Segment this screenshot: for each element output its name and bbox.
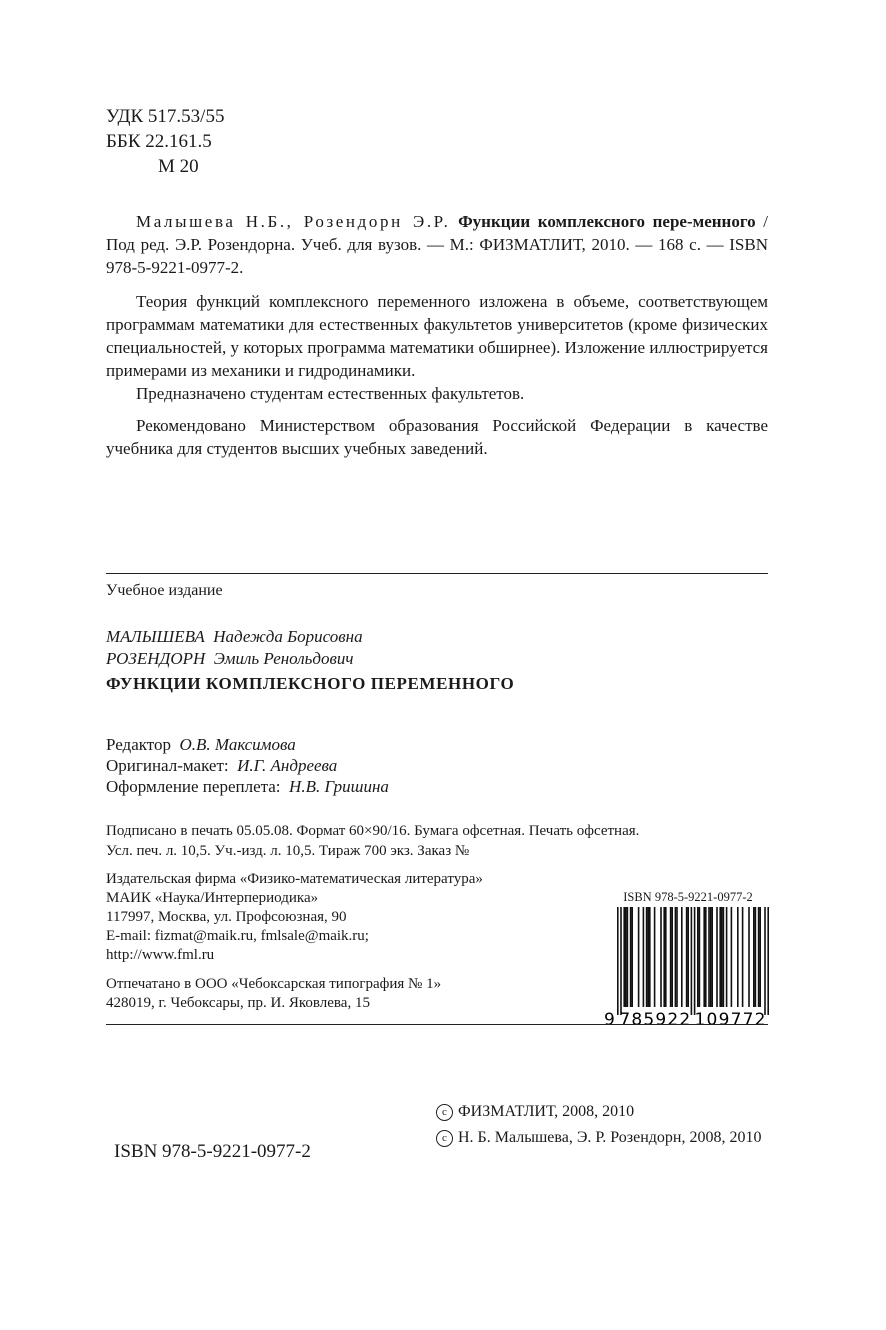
credit-name: Н.В. Гришина bbox=[289, 777, 389, 796]
biblio-title-part1: Функции комплексного пере- bbox=[458, 212, 693, 231]
divider-top bbox=[106, 573, 768, 574]
svg-text:785922: 785922 bbox=[619, 1010, 691, 1029]
abstract: Теория функций комплексного переменного … bbox=[106, 290, 768, 460]
footer-isbn: ISBN 978-5-9221-0977-2 bbox=[114, 1141, 311, 1163]
imprint-title: ФУНКЦИИ КОМПЛЕКСНОГО ПЕРЕМЕННОГО bbox=[106, 674, 514, 694]
svg-text:109772: 109772 bbox=[695, 1010, 767, 1029]
classification-block: УДК 517.53/55 ББК 22.161.5 М 20 bbox=[106, 104, 224, 179]
publisher-line: МАИК «Наука/Интерпериодика» bbox=[106, 889, 483, 908]
credit-layout: Оригинал-макет: И.Г. Андреева bbox=[106, 755, 389, 776]
author-1-surname: МАЛЫШЕВА bbox=[106, 627, 205, 646]
printer-block: Отпечатано в ООО «Чебоксарская типографи… bbox=[106, 975, 441, 1013]
author-2-name: Эмиль Ренольдович bbox=[214, 649, 354, 668]
biblio-authors: Малышева Н.Б., Розендорн Э.Р. bbox=[136, 212, 450, 231]
barcode-icon: 9785922109772 bbox=[605, 905, 771, 1029]
publisher-block: Издательская фирма «Физико-математическа… bbox=[106, 870, 483, 965]
bibliographic-description: Малышева Н.Б., Розендорн Э.Р. Функции ко… bbox=[106, 210, 768, 279]
copyright-icon: c bbox=[436, 1130, 453, 1147]
publisher-line: 117997, Москва, ул. Профсоюзная, 90 bbox=[106, 908, 483, 927]
copyright-icon: c bbox=[436, 1104, 453, 1121]
svg-text:9: 9 bbox=[605, 1010, 616, 1029]
credit-role: Оригинал-макет: bbox=[106, 756, 229, 775]
credits: Редактор О.В. Максимова Оригинал-макет: … bbox=[106, 734, 389, 797]
printer-line: Отпечатано в ООО «Чебоксарская типографи… bbox=[106, 975, 441, 994]
copyright-text: Н. Б. Малышева, Э. Р. Розендорн, 2008, 2… bbox=[458, 1129, 761, 1146]
print-line-1: Подписано в печать 05.05.08. Формат 60×9… bbox=[106, 821, 639, 841]
bbk-code: ББК 22.161.5 bbox=[106, 129, 224, 154]
publisher-line: Издательская фирма «Физико-математическа… bbox=[106, 870, 483, 889]
abstract-paragraph-2: Предназначено студентам естественных фак… bbox=[106, 382, 768, 405]
author-1: МАЛЫШЕВА Надежда Борисовна bbox=[106, 626, 363, 648]
divider-bottom bbox=[106, 1024, 768, 1025]
credit-name: О.В. Максимова bbox=[180, 735, 296, 754]
copyright-block: cФИЗМАТЛИТ, 2008, 2010 cН. Б. Малышева, … bbox=[436, 1101, 776, 1153]
credit-editor: Редактор О.В. Максимова bbox=[106, 734, 389, 755]
abstract-paragraph-1: Теория функций комплексного переменного … bbox=[106, 290, 768, 382]
credit-role: Оформление переплета: bbox=[106, 777, 281, 796]
biblio-title-part2: менного bbox=[693, 212, 756, 231]
imprint-authors: МАЛЫШЕВА Надежда Борисовна РОЗЕНДОРН Эми… bbox=[106, 626, 363, 670]
credit-name: И.Г. Андреева bbox=[237, 756, 337, 775]
edition-type: Учебное издание bbox=[106, 582, 223, 600]
publisher-website: http://www.fml.ru bbox=[106, 946, 483, 965]
credit-role: Редактор bbox=[106, 735, 171, 754]
udk-code: УДК 517.53/55 bbox=[106, 104, 224, 129]
print-details: Подписано в печать 05.05.08. Формат 60×9… bbox=[106, 821, 639, 861]
copyright-text: ФИЗМАТЛИТ, 2008, 2010 bbox=[458, 1103, 634, 1120]
print-line-2: Усл. печ. л. 10,5. Уч.-изд. л. 10,5. Тир… bbox=[106, 841, 639, 861]
copyright-publisher: cФИЗМАТЛИТ, 2008, 2010 bbox=[436, 1101, 776, 1122]
author-2: РОЗЕНДОРН Эмиль Ренольдович bbox=[106, 648, 363, 670]
author-1-name: Надежда Борисовна bbox=[213, 627, 362, 646]
author-2-surname: РОЗЕНДОРН bbox=[106, 649, 205, 668]
barcode-isbn-label: ISBN 978-5-9221-0977-2 bbox=[605, 890, 771, 905]
copyright-authors: cН. Б. Малышева, Э. Р. Розендорн, 2008, … bbox=[436, 1127, 776, 1148]
abstract-paragraph-3: Рекомендовано Министерством образования … bbox=[106, 414, 768, 460]
printer-line: 428019, г. Чебоксары, пр. И. Яковлева, 1… bbox=[106, 994, 441, 1013]
credit-cover: Оформление переплета: Н.В. Гришина bbox=[106, 776, 389, 797]
isbn-barcode: ISBN 978-5-9221-0977-2 9785922109772 bbox=[605, 890, 771, 1034]
author-mark: М 20 bbox=[106, 154, 224, 179]
publisher-email: E-mail: fizmat@maik.ru, fmlsale@maik.ru; bbox=[106, 927, 483, 946]
